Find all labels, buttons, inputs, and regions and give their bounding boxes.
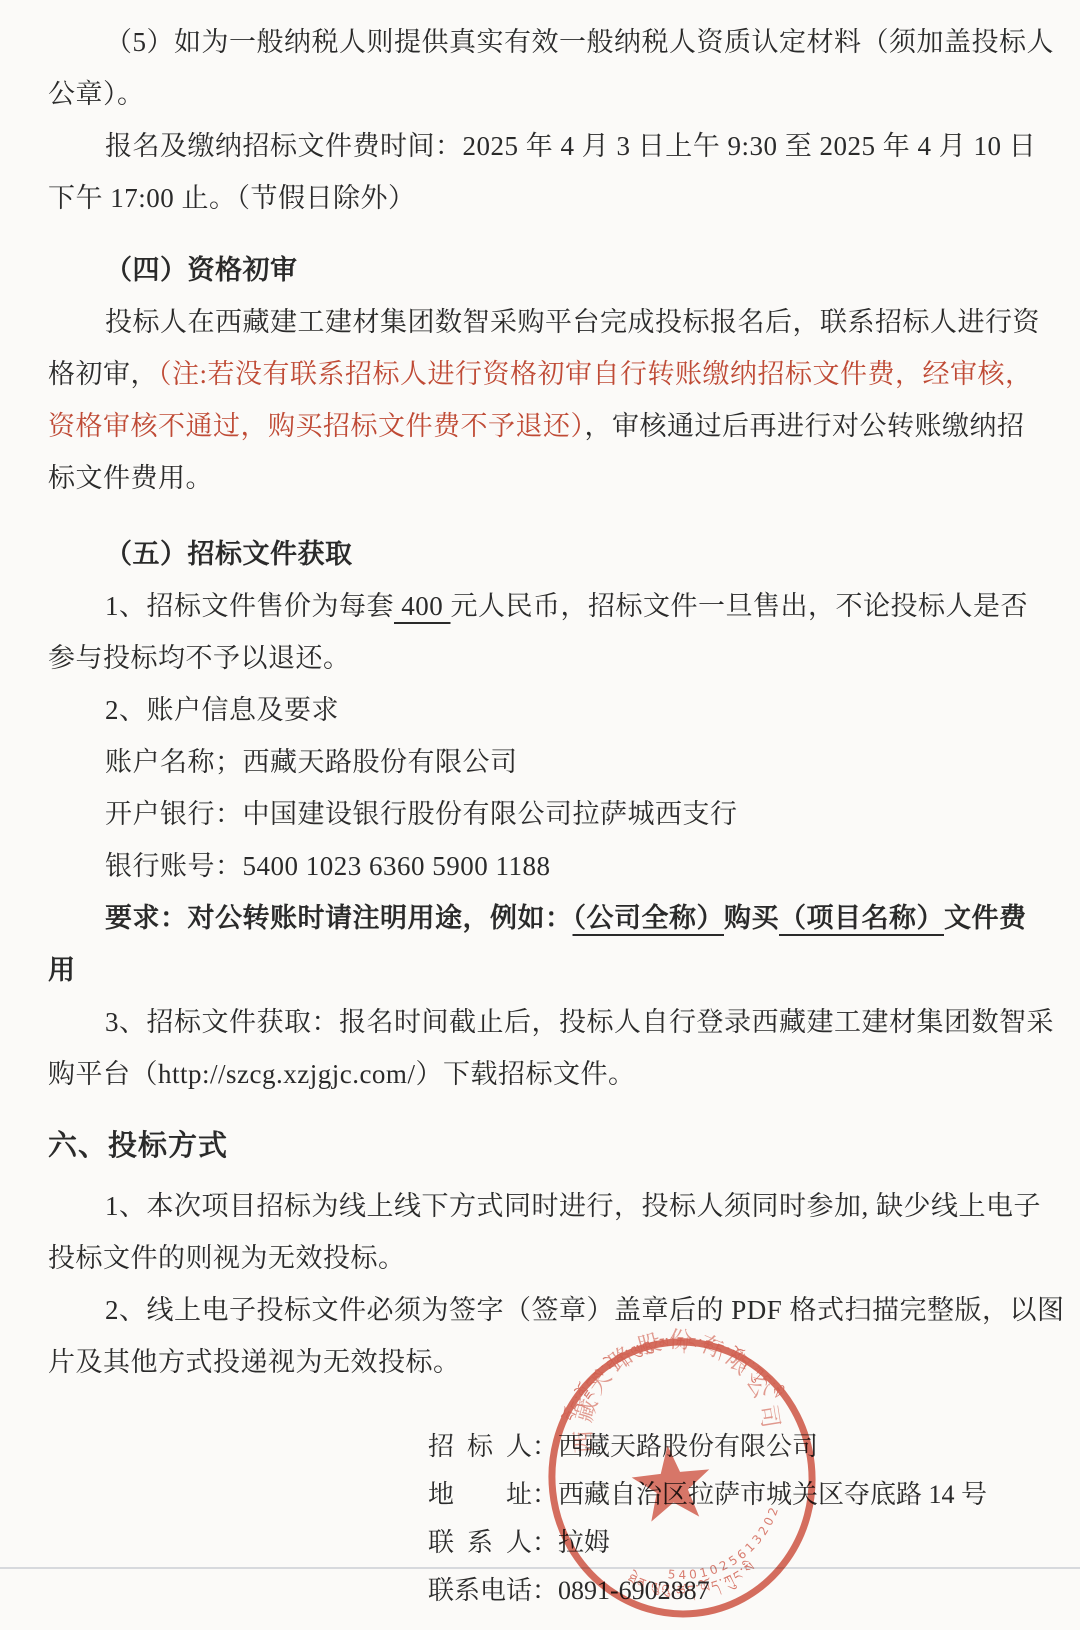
document-line: 六、投标方式 xyxy=(48,1120,1052,1172)
document-line: （四）资格初审 xyxy=(48,244,1052,296)
document-line: 投标人在西藏建工建材集团数智采购平台完成投标报名后，联系招标人进行资 xyxy=(48,296,1052,348)
underlined-value: （公司全称） xyxy=(573,903,725,933)
contact-label: 招标人 xyxy=(428,1423,532,1471)
contact-row: 招标人：西藏天路股份有限公司 xyxy=(428,1423,1052,1471)
tender-document-page: （5）如为一般纳税人则提供真实有效一般纳税人资质认定材料（须加盖投标人公章）。报… xyxy=(0,0,1080,1630)
text-segment: 开户银行：中国建设银行股份有限公司拉萨城西支行 xyxy=(105,799,738,829)
text-segment: 账户名称；西藏天路股份有限公司 xyxy=(105,747,518,777)
text-segment: 公章）。 xyxy=(48,79,145,109)
document-line: 银行账号：5400 1023 6360 5900 1188 xyxy=(48,840,1052,892)
text-segment: 下午 17:00 止。（节假日除外） xyxy=(48,183,416,213)
document-line: 购平台（http://szcg.xzjgjc.com/）下载招标文件。 xyxy=(48,1048,1052,1100)
text-segment: 2、账户信息及要求 xyxy=(105,695,339,725)
contact-value: 西藏自治区拉萨市城关区夺底路 14 号 xyxy=(558,1480,987,1509)
document-line: 1、本次项目招标为线上线下方式同时进行，投标人须同时参加, 缺少线上电子 xyxy=(48,1180,1052,1232)
document-line: 3、招标文件获取：报名时间截止后，投标人自行登录西藏建工建材集团数智采 xyxy=(48,996,1052,1048)
text-segment: 要求：对公转账时请注明用途，例如： xyxy=(105,903,573,933)
text-segment: 1、本次项目招标为线上线下方式同时进行，投标人须同时参加, 缺少线上电子 xyxy=(105,1191,1041,1221)
text-segment: 参与投标均不予以退还。 xyxy=(48,643,351,673)
contact-colon: ： xyxy=(532,1528,558,1557)
contact-row: 联系电话：0891-6902887 xyxy=(428,1567,1052,1615)
text-segment: 投标人在西藏建工建材集团数智采购平台完成投标报名后，联系招标人进行资 xyxy=(105,307,1040,337)
document-line: （五）招标文件获取 xyxy=(48,528,1052,580)
text-segment: （五）招标文件获取 xyxy=(105,539,353,569)
underlined-value: （项目名称） xyxy=(779,903,944,933)
document-line: 片及其他方式投递视为无效投标。 xyxy=(48,1336,1052,1388)
contact-value: 西藏天路股份有限公司 xyxy=(558,1432,818,1461)
text-segment: 投标文件的则视为无效投标。 xyxy=(48,1243,406,1273)
document-line: 参与投标均不予以退还。 xyxy=(48,632,1052,684)
document-line: 公章）。 xyxy=(48,68,1052,120)
document-line: 标文件费用。 xyxy=(48,452,1052,504)
contact-colon: ： xyxy=(532,1480,558,1509)
text-segment: ，审核通过后再进行对公转账缴纳招 xyxy=(585,411,1025,441)
text-segment: 2、线上电子投标文件必须为签字（签章）盖章后的 PDF 格式扫描完整版，以图 xyxy=(105,1295,1065,1325)
text-segment: （四）资格初审 xyxy=(105,255,298,285)
document-line: 下午 17:00 止。（节假日除外） xyxy=(48,172,1052,224)
text-segment: 六、投标方式 xyxy=(48,1130,228,1162)
text-segment: 1、招标文件售价为每套 xyxy=(105,591,394,621)
contact-colon: ： xyxy=(532,1432,558,1461)
document-line: 投标文件的则视为无效投标。 xyxy=(48,1232,1052,1284)
document-text: （5）如为一般纳税人则提供真实有效一般纳税人资质认定材料（须加盖投标人公章）。报… xyxy=(0,0,1080,1615)
document-line: 用 xyxy=(48,944,1052,996)
red-note-text: （注:若没有联系招标人进行资格初审自行转账缴纳招标文件费，经审核， xyxy=(158,359,1033,389)
text-segment: 元人民币，招标文件一旦售出，不论投标人是否 xyxy=(451,591,1029,621)
document-line: 开户银行：中国建设银行股份有限公司拉萨城西支行 xyxy=(48,788,1052,840)
text-segment: （5）如为一般纳税人则提供真实有效一般纳税人资质认定材料（须加盖投标人 xyxy=(105,27,1054,57)
text-segment: 3、招标文件获取：报名时间截止后，投标人自行登录西藏建工建材集团数智采 xyxy=(105,1007,1054,1037)
document-line: 2、账户信息及要求 xyxy=(48,684,1052,736)
contact-colon: ： xyxy=(532,1576,558,1605)
underlined-value: 400 xyxy=(394,591,451,621)
document-line: 账户名称；西藏天路股份有限公司 xyxy=(48,736,1052,788)
text-segment: 报名及缴纳招标文件费时间：2025 年 4 月 3 日上午 9:30 至 202… xyxy=(105,131,1036,161)
document-line: 要求：对公转账时请注明用途，例如：（公司全称）购买（项目名称）文件费 xyxy=(48,892,1052,944)
text-segment: 用 xyxy=(48,955,76,985)
text-segment: 购买 xyxy=(724,903,779,933)
document-line: 格初审，（注:若没有联系招标人进行资格初审自行转账缴纳招标文件费，经审核， xyxy=(48,348,1052,400)
document-line: 2、线上电子投标文件必须为签字（签章）盖章后的 PDF 格式扫描完整版，以图 xyxy=(48,1284,1052,1336)
document-line: 报名及缴纳招标文件费时间：2025 年 4 月 3 日上午 9:30 至 202… xyxy=(48,120,1052,172)
contact-label: 联系人 xyxy=(428,1519,532,1567)
text-segment: 格初审， xyxy=(48,359,158,389)
contact-value: 0891-6902887 xyxy=(558,1576,710,1605)
contact-label: 地址 xyxy=(428,1471,532,1519)
text-segment: 银行账号：5400 1023 6360 5900 1188 xyxy=(105,851,551,881)
contact-row: 联系人：拉姆 xyxy=(428,1519,1052,1567)
text-segment: 片及其他方式投递视为无效投标。 xyxy=(48,1347,461,1377)
text-segment: 文件费 xyxy=(944,903,1027,933)
contact-label: 联系电话 xyxy=(428,1567,532,1615)
document-line: 1、招标文件售价为每套 400 元人民币，招标文件一旦售出，不论投标人是否 xyxy=(48,580,1052,632)
contact-value: 拉姆 xyxy=(558,1528,610,1557)
red-note-text: 资格审核不通过，购买招标文件费不予退还） xyxy=(48,411,585,441)
document-line: （5）如为一般纳税人则提供真实有效一般纳税人资质认定材料（须加盖投标人 xyxy=(48,16,1052,68)
text-segment: 购平台（http://szcg.xzjgjc.com/）下载招标文件。 xyxy=(48,1059,635,1089)
contact-row: 地址：西藏自治区拉萨市城关区夺底路 14 号 xyxy=(428,1471,1052,1519)
document-line: 资格审核不通过，购买招标文件费不予退还），审核通过后再进行对公转账缴纳招 xyxy=(48,400,1052,452)
text-segment: 标文件费用。 xyxy=(48,463,213,493)
